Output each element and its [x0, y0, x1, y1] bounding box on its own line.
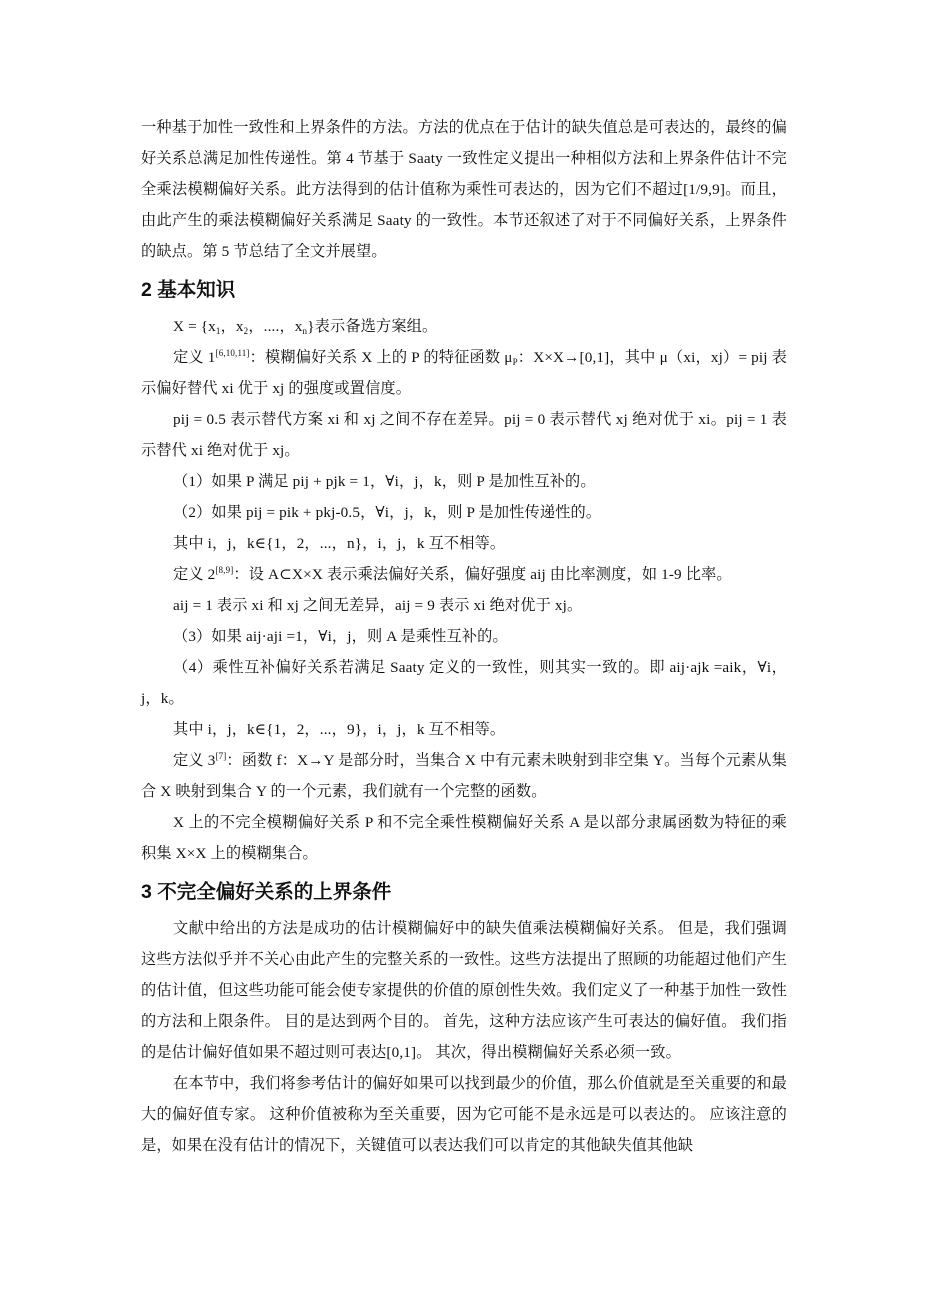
property-1: （1）如果 P 满足 pij + pjk = 1，∀i，j，k，则 P 是加性互…	[141, 466, 787, 497]
property-4: （4）乘性互补偏好关系若满足 Saaty 定义的一致性，则其实一致的。即 aij…	[141, 652, 787, 714]
section-2-heading: 2 基本知识	[141, 270, 787, 310]
citation-ref[interactable]: [8,9]	[215, 565, 233, 575]
intro-paragraph: 一种基于加性一致性和上界条件的方法。方法的优点在于估计的缺失值总是可表达的，最终…	[141, 112, 787, 267]
pij-explanation: pij = 0.5 表示替代方案 xi 和 xj 之间不存在差异。pij = 0…	[141, 404, 787, 466]
aij-explanation: aij = 1 表示 xi 和 xj 之间无差异，aij = 9 表示 xi 绝…	[141, 590, 787, 621]
property-2: （2）如果 pij = pik + pkj-0.5，∀i，j，k，则 P 是加性…	[141, 497, 787, 528]
citation-ref[interactable]: [7]	[215, 751, 226, 761]
definition-2: 定义 2[8,9]：设 A⊂X×X 表示乘法偏好关系，偏好强度 aij 由比率测…	[141, 559, 787, 590]
set-definition: X = {x1，x2，....，xn}表示备选方案组。	[141, 311, 787, 342]
index-condition-1: 其中 i，j，k∈{1，2，...，n}，i，j，k 互不相等。	[141, 528, 787, 559]
section-3-paragraph-1: 文献中给出的方法是成功的估计模糊偏好中的缺失值乘法模糊偏好关系。 但是，我们强调…	[141, 913, 787, 1068]
document-page: 一种基于加性一致性和上界条件的方法。方法的优点在于估计的缺失值总是可表达的，最终…	[141, 112, 787, 1161]
section-3-heading: 3 不完全偏好关系的上界条件	[141, 872, 787, 912]
section-3-paragraph-2: 在本节中，我们将参考估计的偏好如果可以找到最少的价值，那么价值就是至关重要的和最…	[141, 1068, 787, 1161]
index-condition-2: 其中 i，j，k∈{1，2，...，9}，i，j，k 互不相等。	[141, 714, 787, 745]
definition-1: 定义 1[6,10,11]：模糊偏好关系 X 上的 P 的特征函数 μP：X×X…	[141, 342, 787, 404]
definition-3: 定义 3[7]：函数 f：X→Y 是部分时，当集合 X 中有元素未映射到非空集 …	[141, 745, 787, 807]
property-3: （3）如果 aij·aji =1，∀i，j，则 A 是乘性互补的。	[141, 621, 787, 652]
citation-ref[interactable]: [6,10,11]	[216, 348, 250, 358]
incomplete-relation-paragraph: X 上的不完全模糊偏好关系 P 和不完全乘性模糊偏好关系 A 是以部分隶属函数为…	[141, 807, 787, 869]
